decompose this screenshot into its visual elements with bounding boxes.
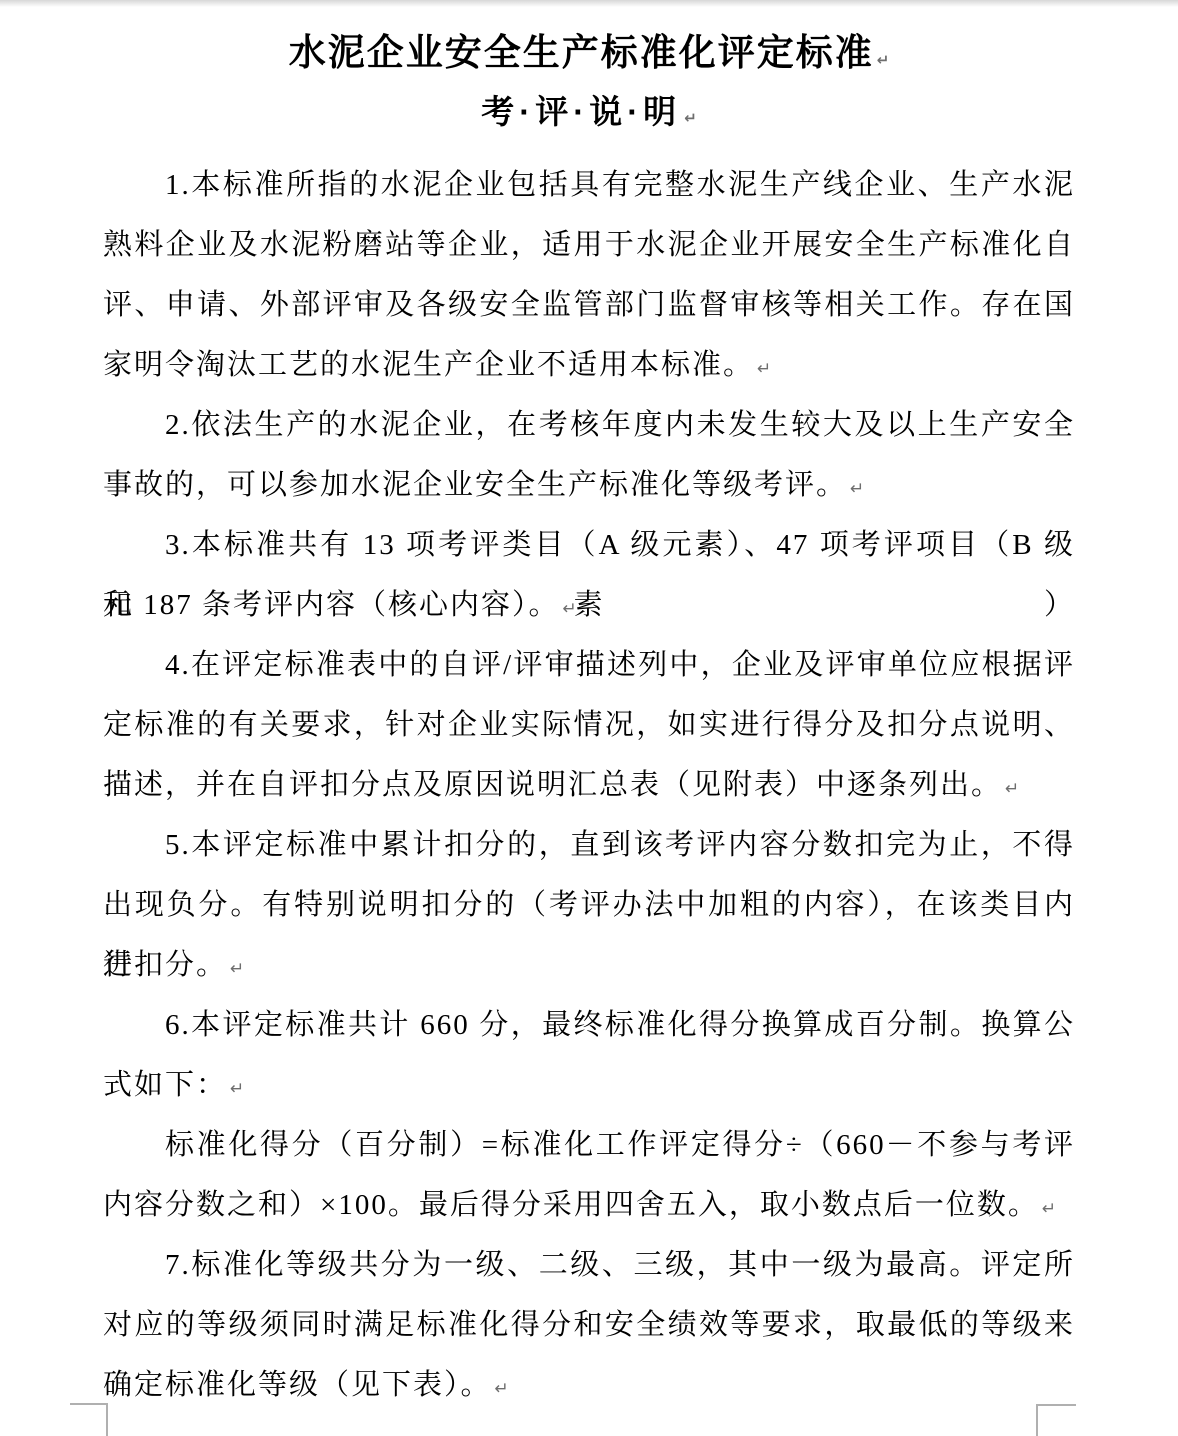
text-line-content: 和 187 条考评内容（核心内容）。 xyxy=(103,589,560,621)
table-top-border-right-vertical xyxy=(1036,1404,1038,1436)
text-line: 5.本评定标准中累计扣分的，直到该考评内容分数扣完为止，不得 xyxy=(103,815,1075,875)
text-line: 家明令淘汰工艺的水泥生产企业不适用本标准。↵ xyxy=(103,335,1075,395)
text-line-content: 评、申请、外部评审及各级安全监管部门监督审核等相关工作。存在国 xyxy=(103,289,1075,321)
text-line-content: 2.依法生产的水泥企业，在考核年度内未发生较大及以上生产安全 xyxy=(165,409,1075,441)
document-subtitle-text: 考·评·说·明 xyxy=(481,93,681,130)
text-line: 内容分数之和）×100。最后得分采用四舍五入，取小数点后一位数。↵ xyxy=(103,1175,1075,1235)
text-line-content: 事故的，可以参加水泥企业安全生产标准化等级考评。 xyxy=(103,469,847,501)
window-top-shadow xyxy=(0,0,1178,7)
text-line-content: 5.本评定标准中累计扣分的，直到该考评内容分数扣完为止，不得 xyxy=(165,829,1075,861)
text-line: 评、申请、外部评审及各级安全监管部门监督审核等相关工作。存在国 xyxy=(103,275,1075,335)
table-top-border-left-horizontal xyxy=(70,1403,108,1405)
text-line: 标准化得分（百分制）=标准化工作评定得分÷（660－不参与考评 xyxy=(103,1115,1075,1175)
text-line-content: 确定标准化等级（见下表）。 xyxy=(103,1369,492,1401)
text-line: 事故的，可以参加水泥企业安全生产标准化等级考评。↵ xyxy=(103,455,1075,515)
text-line: 出现负分。有特别说明扣分的（考评办法中加粗的内容），在该类目内进 xyxy=(103,875,1075,935)
text-line: 对应的等级须同时满足标准化得分和安全绩效等要求，取最低的等级来 xyxy=(103,1295,1075,1355)
text-line-content: 熟料企业及水泥粉磨站等企业，适用于水泥企业开展安全生产标准化自 xyxy=(103,229,1075,261)
text-line: 确定标准化等级（见下表）。↵ xyxy=(103,1355,1075,1415)
table-top-border-right-horizontal xyxy=(1036,1404,1076,1406)
text-line: 熟料企业及水泥粉磨站等企业，适用于水泥企业开展安全生产标准化自 xyxy=(103,215,1075,275)
text-line-content: 4.在评定标准表中的自评/评审描述列中，企业及评审单位应根据评 xyxy=(165,649,1075,681)
text-line-content: 标准化得分（百分制）=标准化工作评定得分÷（660－不参与考评 xyxy=(165,1129,1075,1161)
paragraph-return-mark: ↵ xyxy=(563,579,577,639)
text-line-content: 式如下： xyxy=(103,1069,227,1101)
text-line: 2.依法生产的水泥企业，在考核年度内未发生较大及以上生产安全 xyxy=(103,395,1075,455)
text-line: 4.在评定标准表中的自评/评审描述列中，企业及评审单位应根据评 xyxy=(103,635,1075,695)
text-line-content: 内容分数之和）×100。最后得分采用四舍五入，取小数点后一位数。 xyxy=(103,1189,1039,1221)
paragraph-return-mark: ↵ xyxy=(230,1059,244,1119)
paragraph-return-mark: ↵ xyxy=(850,459,864,519)
text-line-content: 定标准的有关要求，针对企业实际情况，如实进行得分及扣分点说明、 xyxy=(103,709,1075,741)
paragraph-return-mark: ↵ xyxy=(495,1359,509,1419)
paragraph-return-mark: ↵ xyxy=(877,51,890,69)
paragraph-return-mark: ↵ xyxy=(1005,759,1019,819)
text-line: 定标准的有关要求，针对企业实际情况，如实进行得分及扣分点说明、 xyxy=(103,695,1075,755)
text-line-content: 对应的等级须同时满足标准化得分和安全绩效等要求，取最低的等级来 xyxy=(103,1309,1075,1341)
document-title: 水泥企业安全生产标准化评定标准↵ xyxy=(103,22,1075,76)
paragraph-return-mark: ↵ xyxy=(757,339,771,399)
text-line-content: 行扣分。 xyxy=(103,949,227,981)
document-subtitle: 考·评·说·明↵ xyxy=(103,86,1075,133)
text-line-content: 1.本标准所指的水泥企业包括具有完整水泥生产线企业、生产水泥 xyxy=(165,169,1075,201)
document-body: 1.本标准所指的水泥企业包括具有完整水泥生产线企业、生产水泥 熟料企业及水泥粉磨… xyxy=(103,155,1075,1415)
text-line: 描述，并在自评扣分点及原因说明汇总表（见附表）中逐条列出。↵ xyxy=(103,755,1075,815)
text-line-content: 7.标准化等级共分为一级、二级、三级，其中一级为最高。评定所 xyxy=(165,1249,1075,1281)
text-line: 7.标准化等级共分为一级、二级、三级，其中一级为最高。评定所 xyxy=(103,1235,1075,1295)
text-line: 1.本标准所指的水泥企业包括具有完整水泥生产线企业、生产水泥 xyxy=(103,155,1075,215)
text-line: 行扣分。↵ xyxy=(103,935,1075,995)
text-line: 式如下：↵ xyxy=(103,1055,1075,1115)
text-line: 3.本标准共有 13 项考评类目（A 级元素）、47 项考评项目（B 级元素） xyxy=(103,515,1075,575)
paragraph-return-mark: ↵ xyxy=(684,109,697,127)
table-top-border-left-vertical xyxy=(106,1403,108,1436)
text-line-content: 6.本评定标准共计 660 分，最终标准化得分换算成百分制。换算公 xyxy=(165,1009,1075,1041)
paragraph-return-mark: ↵ xyxy=(1042,1179,1056,1239)
text-line: 6.本评定标准共计 660 分，最终标准化得分换算成百分制。换算公 xyxy=(103,995,1075,1055)
text-line-content: 家明令淘汰工艺的水泥生产企业不适用本标准。 xyxy=(103,349,754,381)
document-title-text: 水泥企业安全生产标准化评定标准 xyxy=(289,33,874,74)
paragraph-return-mark: ↵ xyxy=(230,939,244,999)
text-line-content: 描述，并在自评扣分点及原因说明汇总表（见附表）中逐条列出。 xyxy=(103,769,1002,801)
